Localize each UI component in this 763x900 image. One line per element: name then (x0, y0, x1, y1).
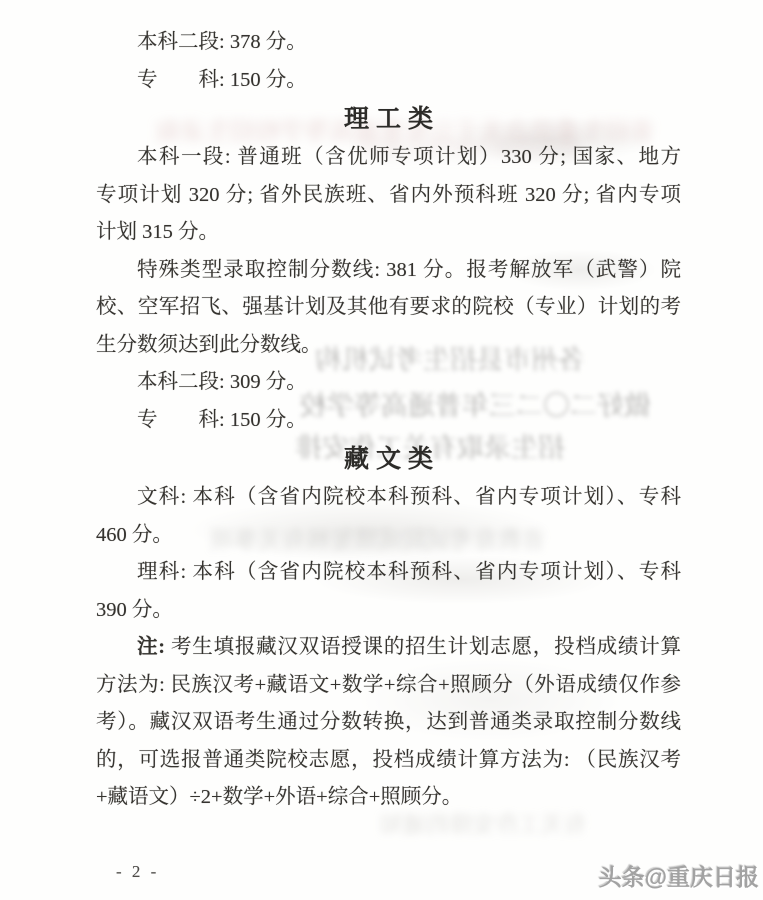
paragraph-line: 方法为: 民族汉考+藏语文+数学+综合+照顾分（外语成绩仅作参 (96, 667, 681, 705)
paragraph-line: 特殊类型录取控制分数线: 381 分。报考解放军（武警）院 (96, 252, 681, 290)
document-body: 本科二段: 378 分。 专 科: 150 分。 理 工 类 本科一段: 普通班… (96, 24, 681, 817)
paragraph-line: 校、空军招飞、强基计划及其他有要求的院校（专业）计划的考 (96, 289, 681, 327)
paragraph-line: 专项计划 320 分; 省外民族班、省内外预科班 320 分; 省内专项 (96, 177, 681, 215)
paragraph-line: 460 分。 (96, 517, 681, 555)
score-line-benke-erduan-ligong: 本科二段: 309 分。 (96, 364, 681, 402)
paragraph-benke-yiduan: 本科一段: 普通班（含优师专项计划）330 分; 国家、地方 专项计划 320 … (96, 139, 681, 252)
paragraph-tibetan-wenke: 文科: 本科（含省内院校本科预科、省内专项计划）、专科 460 分。 (96, 479, 681, 554)
page-number: - 2 - (116, 862, 159, 882)
paragraph-tibetan-like: 理科: 本科（含省内院校本科预科、省内专项计划）、专科 390 分。 (96, 554, 681, 629)
paragraph-line: 注: 考生填报藏汉双语授课的招生计划志愿，投档成绩计算 (96, 629, 681, 667)
score-line-zhuanke-wenshi: 专 科: 150 分。 (96, 62, 681, 100)
note-text: 考生填报藏汉双语授课的招生计划志愿，投档成绩计算 (165, 636, 681, 658)
scanned-document-page: 省招生委员会关于公布普通高等学校招生录取 最低控制分数线的通知 各州市县招生考试… (0, 0, 763, 900)
paragraph-line: 理科: 本科（含省内院校本科预科、省内专项计划）、专科 (96, 554, 681, 592)
section-heading-tibetan: 藏 文 类 (96, 439, 681, 479)
note-label: 注: (137, 636, 165, 658)
paragraph-note: 注: 考生填报藏汉双语授课的招生计划志愿，投档成绩计算 方法为: 民族汉考+藏语… (96, 629, 681, 817)
paragraph-line: 本科一段: 普通班（含优师专项计划）330 分; 国家、地方 (96, 139, 681, 177)
paragraph-line: 生分数须达到此分数线。 (96, 327, 681, 365)
paragraph-line: 文科: 本科（含省内院校本科预科、省内专项计划）、专科 (96, 479, 681, 517)
section-heading-science-engineering: 理 工 类 (96, 99, 681, 139)
paragraph-line: 计划 315 分。 (96, 214, 681, 252)
paragraph-line: +藏语文）÷2+数学+外语+综合+照顾分。 (96, 779, 681, 817)
score-line-zhuanke-ligong: 专 科: 150 分。 (96, 402, 681, 440)
score-line-benke-erduan-wenshi: 本科二段: 378 分。 (96, 24, 681, 62)
paragraph-line: 390 分。 (96, 592, 681, 630)
paragraph-special-type-line: 特殊类型录取控制分数线: 381 分。报考解放军（武警）院 校、空军招飞、强基计… (96, 252, 681, 365)
toutiao-watermark: 头条@重庆日报 (599, 859, 759, 892)
paragraph-line: 考）。藏汉双语考生通过分数转换，达到普通类录取控制分数线 (96, 704, 681, 742)
paragraph-line: 的，可选报普通类院校志愿，投档成绩计算方法为: （民族汉考 (96, 742, 681, 780)
